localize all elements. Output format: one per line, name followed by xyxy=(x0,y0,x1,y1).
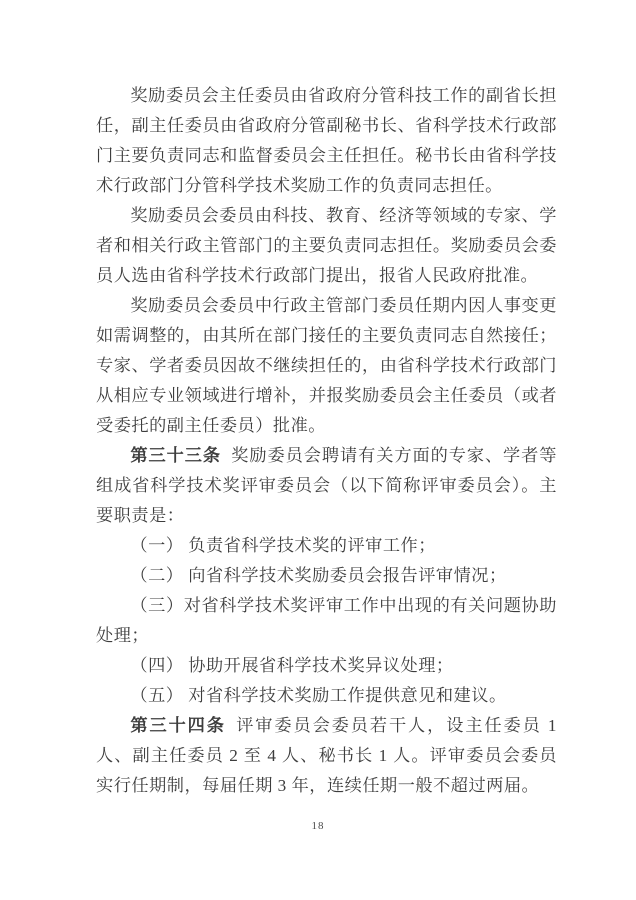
list-item-text: （四） 协助开展省科学技术奖异议处理； xyxy=(130,656,453,675)
list-item: （四） 协助开展省科学技术奖异议处理； xyxy=(96,651,557,681)
list-item-text: （二） 向省科学技术奖励委员会报告评审情况； xyxy=(130,566,506,585)
document-page: 奖励委员会主任委员由省政府分管科技工作的副省长担任，副主任委员由省政府分管副秘书… xyxy=(0,0,636,900)
paragraph-text: 奖励委员会委员由科技、教育、经济等领域的专家、学者和相关行政主管部门的主要负责同… xyxy=(96,206,557,285)
list-item-text: （三）对省科学技术奖评审工作中出现的有关问题协助处理； xyxy=(96,596,557,645)
list-item: （五） 对省科学技术奖励工作提供意见和建议。 xyxy=(96,681,557,711)
paragraph-text: 奖励委员会委员中行政主管部门委员任期内因人事变更如需调整的，由其所在部门接任的主… xyxy=(96,296,557,435)
paragraph-text: 奖励委员会主任委员由省政府分管科技工作的副省长担任，副主任委员由省政府分管副秘书… xyxy=(96,86,557,195)
article-number: 第三十三条 xyxy=(130,446,221,465)
list-item-text: （一） 负责省科学技术奖的评审工作； xyxy=(130,536,436,555)
list-item: （一） 负责省科学技术奖的评审工作； xyxy=(96,531,557,561)
article-clause: 第三十三条奖励委员会聘请有关方面的专家、学者等组成省科学技术奖评审委员会（以下简… xyxy=(96,441,557,531)
list-item-text: （五） 对省科学技术奖励工作提供意见和建议。 xyxy=(130,686,506,705)
list-item: （三）对省科学技术奖评审工作中出现的有关问题协助处理； xyxy=(96,591,557,651)
article-clause: 第三十四条评审委员会委员若干人，设主任委员 1 人、副主任委员 2 至 4 人、… xyxy=(96,711,557,801)
paragraph: 奖励委员会主任委员由省政府分管科技工作的副省长担任，副主任委员由省政府分管副秘书… xyxy=(96,81,557,201)
page-number: 18 xyxy=(0,820,636,832)
article-number: 第三十四条 xyxy=(130,716,225,735)
paragraph: 奖励委员会委员由科技、教育、经济等领域的专家、学者和相关行政主管部门的主要负责同… xyxy=(96,201,557,291)
list-item: （二） 向省科学技术奖励委员会报告评审情况； xyxy=(96,561,557,591)
paragraph: 奖励委员会委员中行政主管部门委员任期内因人事变更如需调整的，由其所在部门接任的主… xyxy=(96,291,557,441)
document-body: 奖励委员会主任委员由省政府分管科技工作的副省长担任，副主任委员由省政府分管副秘书… xyxy=(96,81,557,801)
